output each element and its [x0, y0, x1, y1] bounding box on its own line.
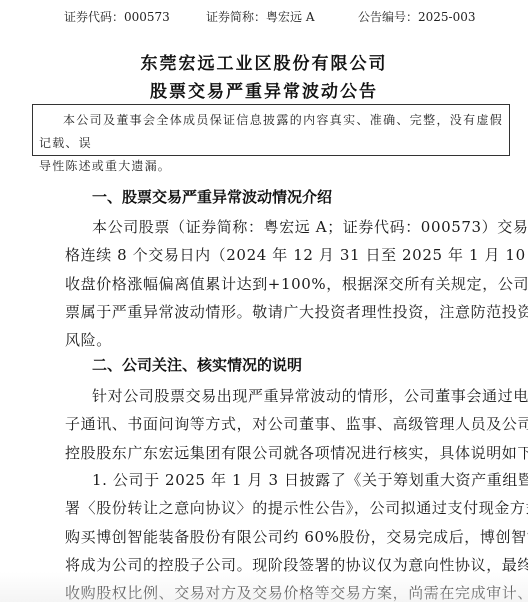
disclaimer-box: 本公司及董事会全体成员保证信息披露的内容真实、准确、完整，没有虚假记载、误导性陈… — [32, 104, 510, 156]
paragraph-line: 格连续 8 个交易日内（2024 年 12 月 31 日至 2025 年 1 月… — [65, 241, 485, 269]
announcement-header: 证券代码：000573 证券简称：粤宏远 A 公告编号：2025-003 — [0, 8, 528, 28]
section-2-paragraph-1: 针对公司股票交易出现严重异常波动的情形，公司董事会通过电 子通讯、书面问询等方式… — [65, 382, 485, 467]
section-heading-2: 二、公司关注、核实情况的说明 — [92, 354, 302, 375]
paragraph-line: 票属于严重异常波动情形。敬请广大投资者理性投资，注意防范投资 — [65, 298, 485, 326]
disclaimer-line: 本公司及董事会全体成员保证信息披露的内容真实、准确、完整，没有虚假记载、误 — [39, 113, 503, 150]
section-1-paragraph: 本公司股票（证券简称：粤宏远 A；证券代码：000573）交易价 格连续 8 个… — [65, 213, 485, 354]
announcement-title: 股票交易严重异常波动公告 — [0, 77, 528, 102]
paragraph-line: 将成为公司的控股子公司。现阶段签署的协议仅为意向性协议，最终 — [65, 551, 485, 579]
company-name-title: 东莞宏远工业区股份有限公司 — [0, 49, 528, 74]
paragraph-line: 本公司股票（证券简称：粤宏远 A；证券代码：000573）交易价 — [65, 213, 485, 241]
section-2-paragraph-2: 1. 公司于 2025 年 1 月 3 日披露了《关于筹划重大资产重组暨签 署〈… — [65, 466, 485, 602]
disclaimer-line: 导性陈述或重大遗漏。 — [15, 155, 503, 178]
paragraph-line: 收盘价格涨幅偏离值累计达到+100%，根据深交所有关规定，公司股 — [65, 270, 485, 298]
paragraph-line: 收购股权比例、交易对方及交易价格等交易方案，尚需在完成审计、 — [65, 579, 485, 602]
disclaimer-text: 本公司及董事会全体成员保证信息披露的内容真实、准确、完整，没有虚假记载、误导性陈… — [39, 109, 503, 178]
paragraph-line: 风险。 — [65, 326, 485, 354]
security-short-name: 证券简称：粤宏远 A — [206, 8, 314, 25]
paragraph-line: 1. 公司于 2025 年 1 月 3 日披露了《关于筹划重大资产重组暨签 — [65, 466, 485, 494]
paragraph-line: 针对公司股票交易出现严重异常波动的情形，公司董事会通过电 — [65, 382, 485, 410]
paragraph-line: 控股股东广东宏远集团有限公司就各项情况进行核实，具体说明如下： — [65, 439, 485, 467]
security-code: 证券代码：000573 — [64, 8, 170, 25]
paragraph-line: 署〈股份转让之意向协议〉的提示性公告》，公司拟通过支付现金方式 — [65, 494, 485, 522]
announcement-number: 公告编号：2025-003 — [358, 8, 476, 25]
paragraph-line: 购买博创智能装备股份有限公司约 60%股份，交易完成后，博创智能 — [65, 523, 485, 551]
section-heading-1: 一、股票交易严重异常波动情况介绍 — [92, 186, 332, 207]
paragraph-line: 子通讯、书面问询等方式，对公司董事、监事、高级管理人员及公司 — [65, 410, 485, 438]
